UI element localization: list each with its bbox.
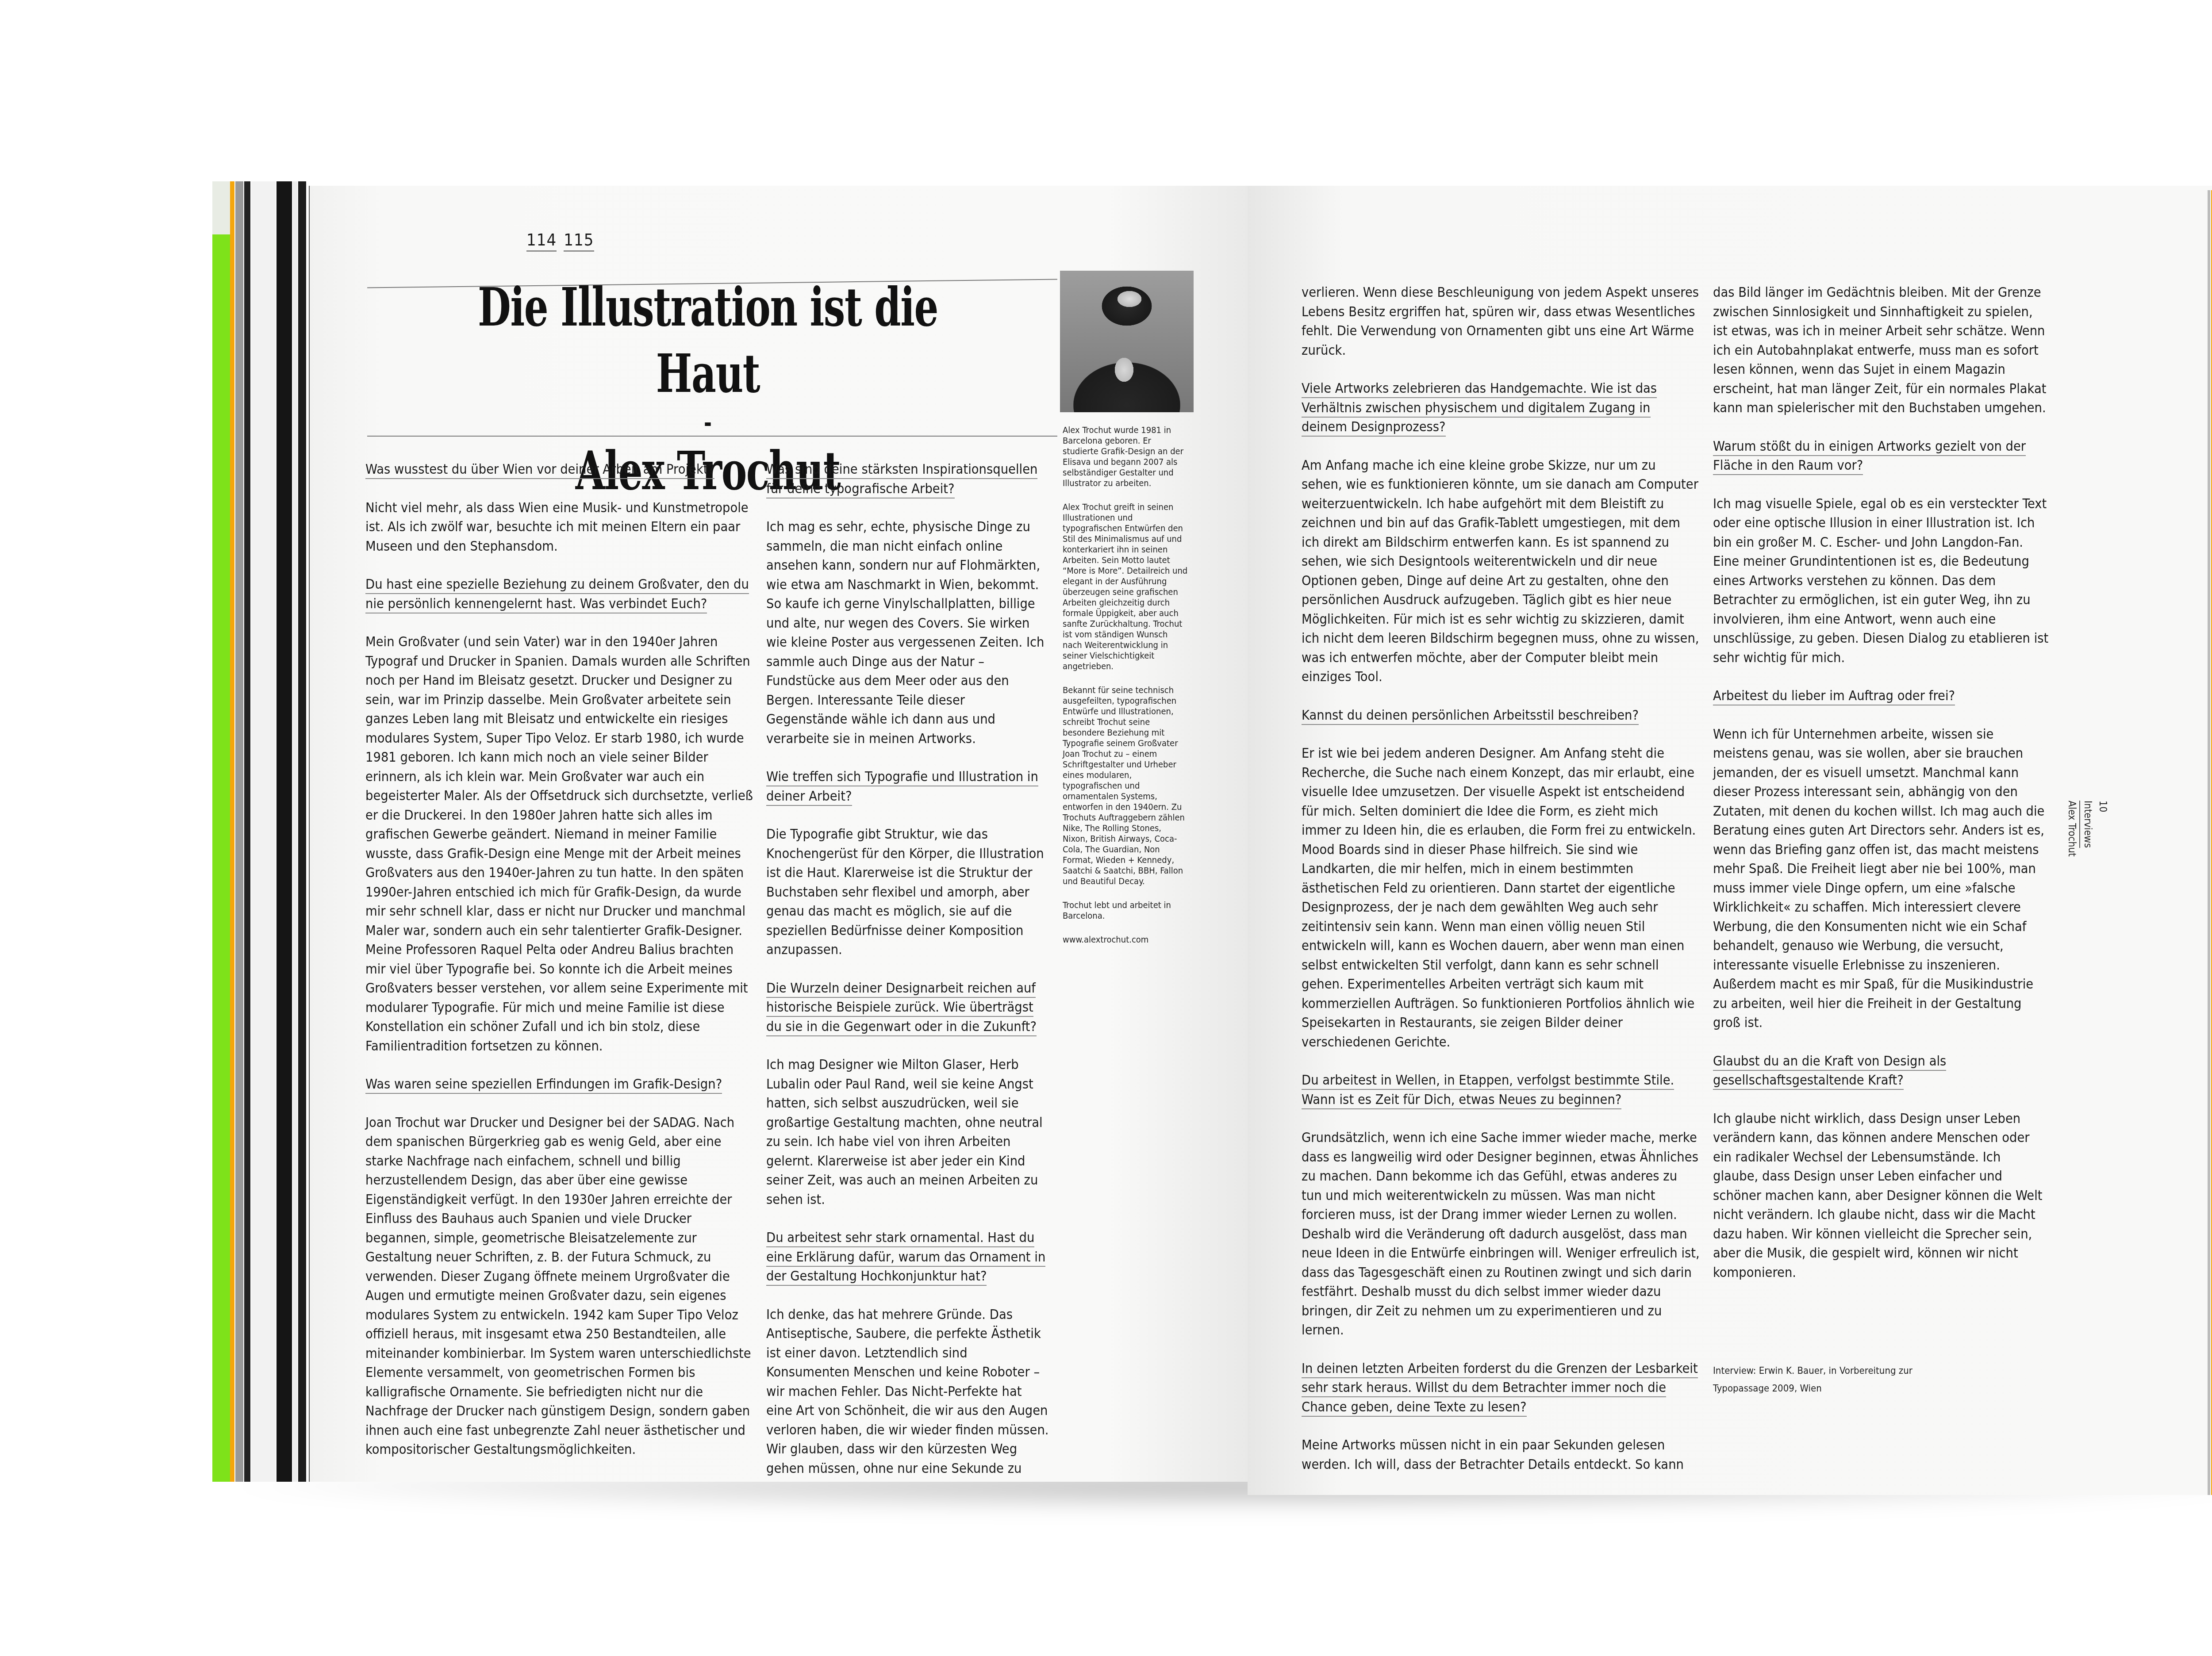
bio-paragraph: Trochut lebt und arbeitet in Barcelona. <box>1063 900 1189 921</box>
headline-title: Die Illustration ist die Haut <box>463 274 953 407</box>
interview-answer: Die Typografie gibt Struktur, wie das Kn… <box>766 825 1049 960</box>
interview-answer-continued: verlieren. Wenn diese Beschleunigung von… <box>1302 283 1700 360</box>
column-1: Was wusstest du über Wien vor deiner Arb… <box>365 460 755 1479</box>
interview-question: Warum stößt du in einigen Artworks gezie… <box>1713 439 2026 475</box>
edge-orange <box>230 181 234 1482</box>
section-label: Interviews <box>2079 801 2095 848</box>
website-link[interactable]: www.alextrochut.com <box>1063 934 1189 945</box>
interview-question: Die Wurzeln deiner Designarbeit reichen … <box>766 981 1037 1036</box>
bio-paragraph: Alex Trochut wurde 1981 in Barcelona geb… <box>1063 425 1189 488</box>
page-number-left: 114 <box>526 230 557 252</box>
edge-grey-r <box>2208 190 2210 1495</box>
interview-answer: Ich glaube nicht wirklich, dass Design u… <box>1713 1109 2049 1283</box>
interview-answer: Ich mag visuelle Spiele, egal ob es ein … <box>1713 494 2049 668</box>
bio-paragraph: Alex Trochut greift in seinen Illustrati… <box>1063 502 1189 671</box>
page-numbers: 114115 <box>526 230 601 252</box>
edge-black-thick <box>276 181 292 1482</box>
interview-credit: Interview: Erwin K. Bauer, in Vorbereitu… <box>1713 1362 2049 1398</box>
interview-answer: Mein Großvater (und sein Vater) war in d… <box>365 632 755 1056</box>
interview-question: Glaubst du an die Kraft von Design als g… <box>1713 1054 1946 1090</box>
interview-question: Du hast eine spezielle Beziehung zu dein… <box>365 577 749 613</box>
interview-question: Arbeitest du lieber im Auftrag oder frei… <box>1713 688 1955 705</box>
interview-answer: Ich denke, das hat mehrere Gründe. Das A… <box>766 1305 1049 1479</box>
interview-answer: Ich mag es sehr, echte, physische Dinge … <box>766 517 1049 748</box>
edge-white <box>251 181 276 1482</box>
credit-line-2: Typopassage 2009, Wien <box>1713 1380 2049 1398</box>
interview-answer: Grundsätzlich, wenn ich eine Sache immer… <box>1302 1128 1700 1340</box>
interview-question: Du arbeitest sehr stark ornamental. Hast… <box>766 1230 1045 1286</box>
author-portrait-photo <box>1060 271 1194 412</box>
subject-label: Alex Trochut <box>2064 801 2079 857</box>
edge-grey <box>235 181 243 1482</box>
interview-answer: Wenn ich für Unternehmen arbeite, wissen… <box>1713 725 2049 1033</box>
interview-answer: Nicht viel mehr, als dass Wien eine Musi… <box>365 498 755 556</box>
interview-answer: Meine Artworks müssen nicht in ein paar … <box>1302 1436 1700 1474</box>
interview-answer-continued: das Bild länger im Gedächtnis bleiben. M… <box>1713 283 2049 418</box>
interview-question: Wie treffen sich Typografie und Illustra… <box>766 769 1038 806</box>
interview-answer: Er ist wie bei jedem anderen Designer. A… <box>1302 744 1700 1052</box>
headline-separator: - <box>463 407 953 438</box>
edge-white-2 <box>293 181 297 1482</box>
edge-green <box>212 234 230 1482</box>
edge-black <box>244 181 250 1482</box>
left-page-edges <box>212 181 319 1482</box>
interview-answer: Ich mag Designer wie Milton Glaser, Herb… <box>766 1055 1049 1209</box>
interview-question: Was wusstest du über Wien vor deiner Arb… <box>365 462 714 479</box>
interview-answer: Joan Trochut war Drucker und Designer be… <box>365 1113 755 1460</box>
interview-question: Du arbeitest in Wellen, in Etappen, verf… <box>1302 1073 1674 1109</box>
edge-cream <box>212 181 230 234</box>
interview-question: In deinen letzten Arbeiten forderst du d… <box>1302 1361 1698 1417</box>
edge-black-2 <box>298 181 306 1482</box>
credit-line-1: Interview: Erwin K. Bauer, in Vorbereitu… <box>1713 1362 2049 1380</box>
page-number-right: 115 <box>564 230 594 252</box>
interview-question: Was sind deine stärksten Inspirationsque… <box>766 462 1037 498</box>
bio-paragraph: Bekannt für seine technisch ausgefeilten… <box>1063 685 1189 886</box>
interview-answer: Am Anfang mache ich eine kleine grobe Sk… <box>1302 456 1700 687</box>
sidebar-bio: Alex Trochut wurde 1981 in Barcelona geb… <box>1063 425 1189 958</box>
column-4: das Bild länger im Gedächtnis bleiben. M… <box>1713 283 2049 1301</box>
column-2: Was sind deine stärksten Inspirationsque… <box>766 460 1049 1497</box>
vertical-running-head: 10 Interviews Alex Trochut <box>2064 801 2110 857</box>
interview-question: Viele Artworks zelebrieren das Handgemac… <box>1302 381 1657 437</box>
right-page-edges <box>2208 190 2212 1495</box>
chapter-number: 10 <box>2095 801 2110 857</box>
interview-question: Kannst du deinen persönlichen Arbeitssti… <box>1302 708 1639 725</box>
column-3: verlieren. Wenn diese Beschleunigung von… <box>1302 283 1700 1493</box>
interview-question: Was waren seine speziellen Erfindungen i… <box>365 1077 722 1094</box>
